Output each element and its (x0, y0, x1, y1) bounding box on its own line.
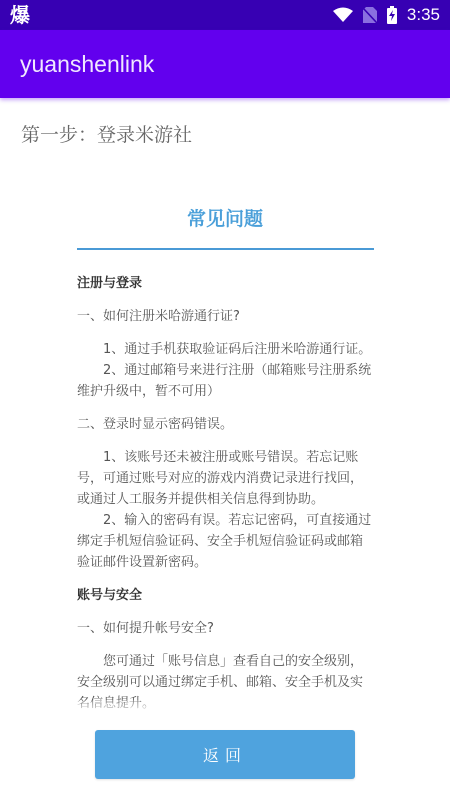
faq-answer-group: 1、该账号还未被注册或账号错误。若忘记账号，可通过账号对应的游戏内消费记录进行找… (77, 447, 373, 573)
app-notification-icon: 爆 (10, 0, 30, 30)
faq-answer: 2、输入的密码有误。若忘记密码，可直接通过绑定手机短信验证码、安全手机短信验证码… (77, 510, 373, 573)
faq-answer-group: 1、通过手机获取验证码后注册米哈游通行证。 2、通过邮箱号来进行注册（邮箱账号注… (77, 339, 373, 402)
faq-webview[interactable]: 常见问题 注册与登录 一、如何注册米哈游通行证? 1、通过手机获取验证码后注册米… (37, 190, 413, 716)
faq-answer: 1、该账号还未被注册或账号错误。若忘记账号，可通过账号对应的游戏内消费记录进行找… (77, 447, 373, 510)
no-sim-icon (363, 7, 377, 23)
faq-answer: 2、通过邮箱号来进行注册（邮箱账号注册系统维护升级中，暂不可用） (77, 360, 373, 402)
wifi-icon (333, 7, 353, 23)
faq-answer: 1、通过手机获取验证码后注册米哈游通行证。 (77, 339, 373, 360)
app-bar: yuanshenlink (0, 30, 450, 98)
faq-question: 一、如何注册米哈游通行证? (77, 306, 373, 327)
scroll-fade (37, 700, 413, 716)
faq-content: 注册与登录 一、如何注册米哈游通行证? 1、通过手机获取验证码后注册米哈游通行证… (37, 273, 413, 716)
status-icons: 3:35 (333, 5, 440, 25)
status-bar: 爆 3:35 (0, 0, 450, 30)
app-title: yuanshenlink (20, 51, 154, 78)
faq-question: 一、如何提升帐号安全? (77, 618, 373, 639)
faq-question: 二、登录时显示密码错误。 (77, 414, 373, 435)
faq-section-title: 注册与登录 (77, 273, 373, 294)
status-time: 3:35 (407, 5, 440, 25)
back-button[interactable]: 返回 (95, 730, 355, 779)
battery-charging-icon (387, 6, 397, 24)
faq-heading: 常见问题 (37, 204, 413, 231)
faq-section-title: 账号与安全 (77, 585, 373, 606)
faq-divider (77, 248, 374, 250)
step-title: 第一步：登录米游社 (21, 120, 192, 147)
